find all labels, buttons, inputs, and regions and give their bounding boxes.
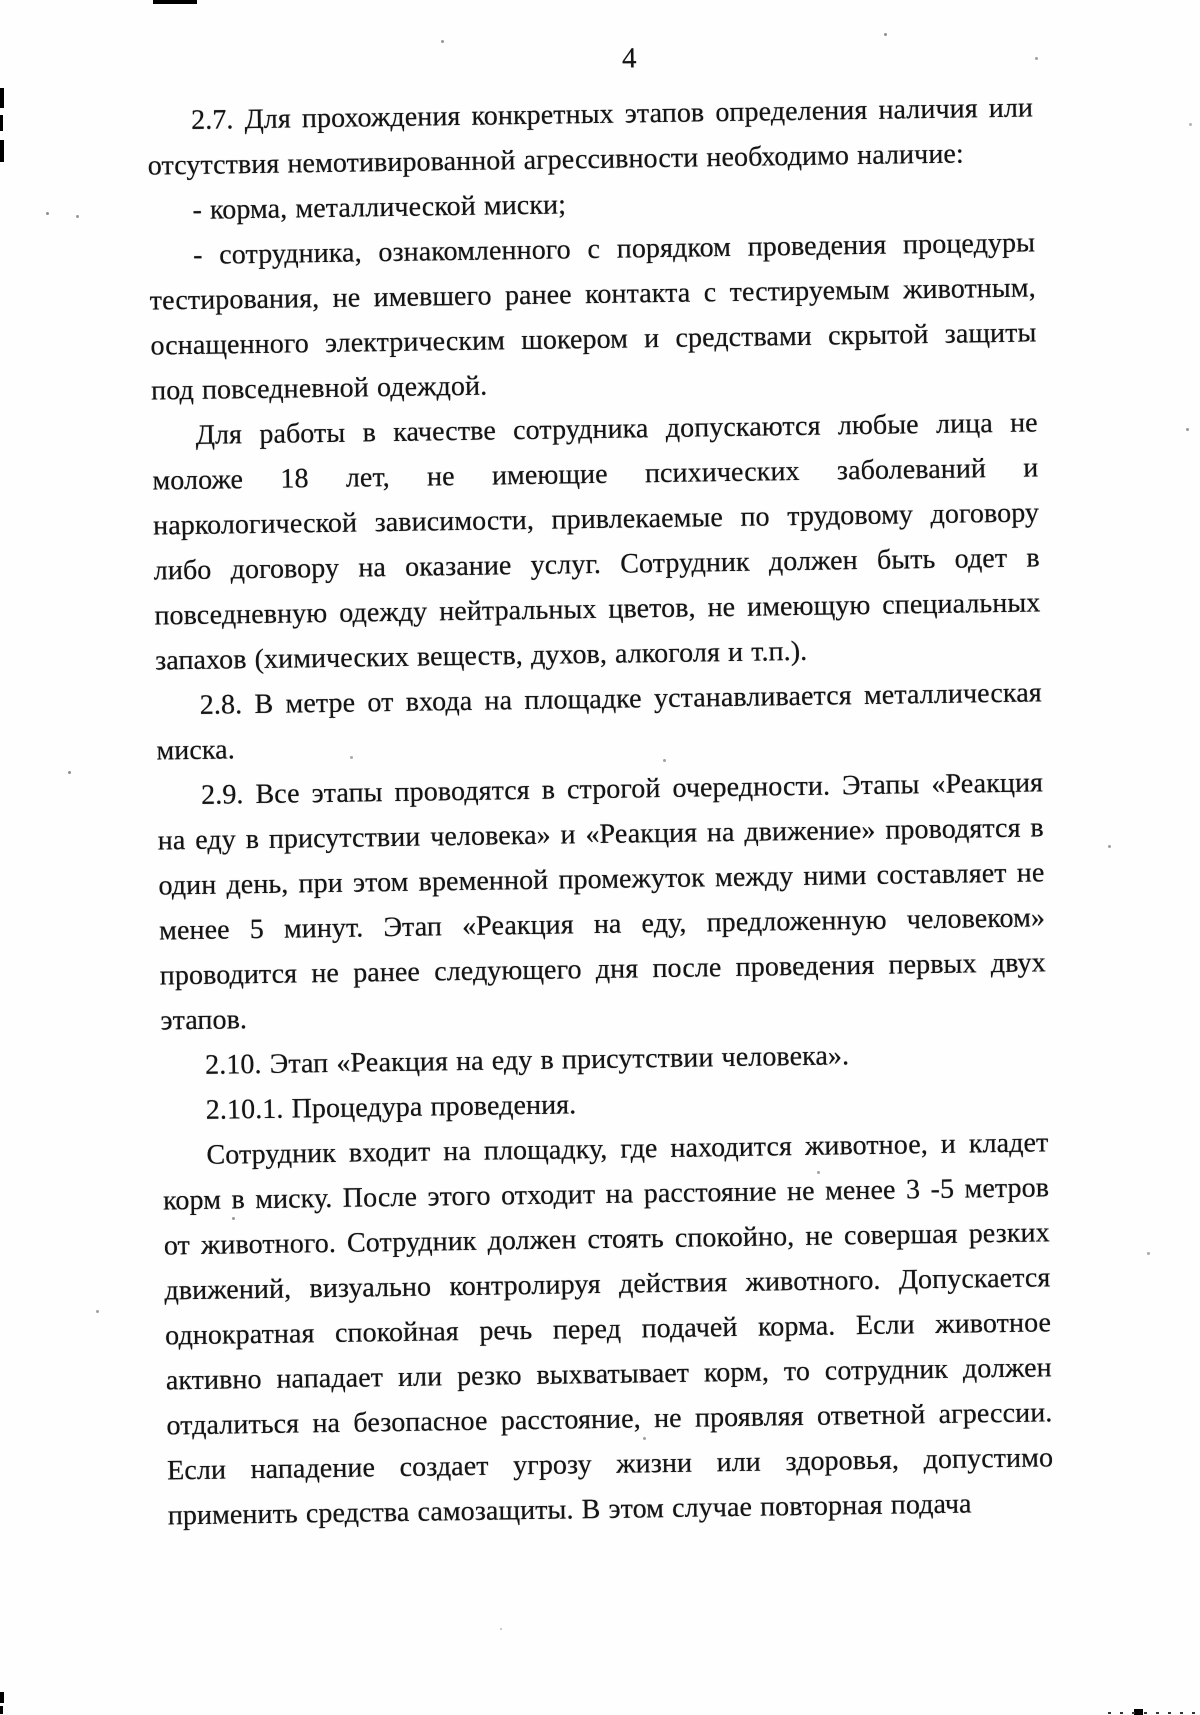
scan-speck [1108, 845, 1111, 848]
scan-speck [500, 1628, 502, 1630]
scan-edge-artifact [1144, 1712, 1147, 1714]
scan-speck [232, 1217, 235, 1220]
paragraph: 2.8. В метре от входа на площадке устана… [155, 670, 1042, 773]
scan-speck [96, 1310, 99, 1313]
scan-edge-artifact [1192, 1712, 1195, 1714]
scan-speck [441, 40, 444, 43]
scan-speck [1035, 57, 1038, 60]
scan-edge-artifact [0, 115, 3, 131]
scan-speck [817, 1171, 820, 1174]
paragraph: Для работы в качестве сотрудника допуска… [151, 400, 1041, 683]
paragraph: - сотрудника, ознакомленного с порядком … [149, 220, 1038, 413]
document-page: 4 2.7. Для прохождения конкретных этапов… [0, 0, 1200, 1715]
paragraph: 2.9. Все этапы проводятся в строгой очер… [157, 760, 1047, 1043]
scan-edge-artifact [1120, 1712, 1123, 1714]
scan-speck [957, 247, 960, 250]
page-number: 4 [186, 35, 1072, 82]
scan-edge-artifact [1108, 1712, 1111, 1714]
text-block: 4 2.7. Для прохождения конкретных этапов… [146, 35, 1054, 1538]
scan-edge-artifact [153, 0, 197, 4]
scan-speck [350, 756, 353, 759]
paragraph: Сотрудник входит на площадку, где находи… [162, 1120, 1054, 1538]
scan-edge-artifact [1134, 1709, 1143, 1715]
scan-edge-artifact [0, 88, 4, 108]
scan-edge-artifact [0, 1706, 3, 1714]
scan-speck [643, 1437, 646, 1440]
scan-edge-artifact [1156, 1712, 1159, 1714]
scan-speck [543, 1103, 546, 1106]
scan-speck [1189, 123, 1192, 126]
scan-speck [68, 771, 71, 774]
scan-speck [1147, 1252, 1150, 1255]
scan-speck [884, 33, 887, 36]
scan-speck [76, 215, 79, 218]
scan-speck [46, 212, 49, 215]
scan-edge-artifact [0, 1692, 4, 1703]
scan-speck [527, 431, 530, 434]
scan-edge-artifact [1180, 1712, 1183, 1714]
scan-edge-artifact [1132, 1712, 1135, 1714]
scan-speck [1186, 428, 1189, 431]
scan-edge-artifact [1168, 1712, 1171, 1714]
paragraph: 2.7. Для прохождения конкретных этапов о… [147, 85, 1034, 188]
scan-speck [663, 759, 666, 762]
scan-edge-artifact [0, 140, 4, 162]
